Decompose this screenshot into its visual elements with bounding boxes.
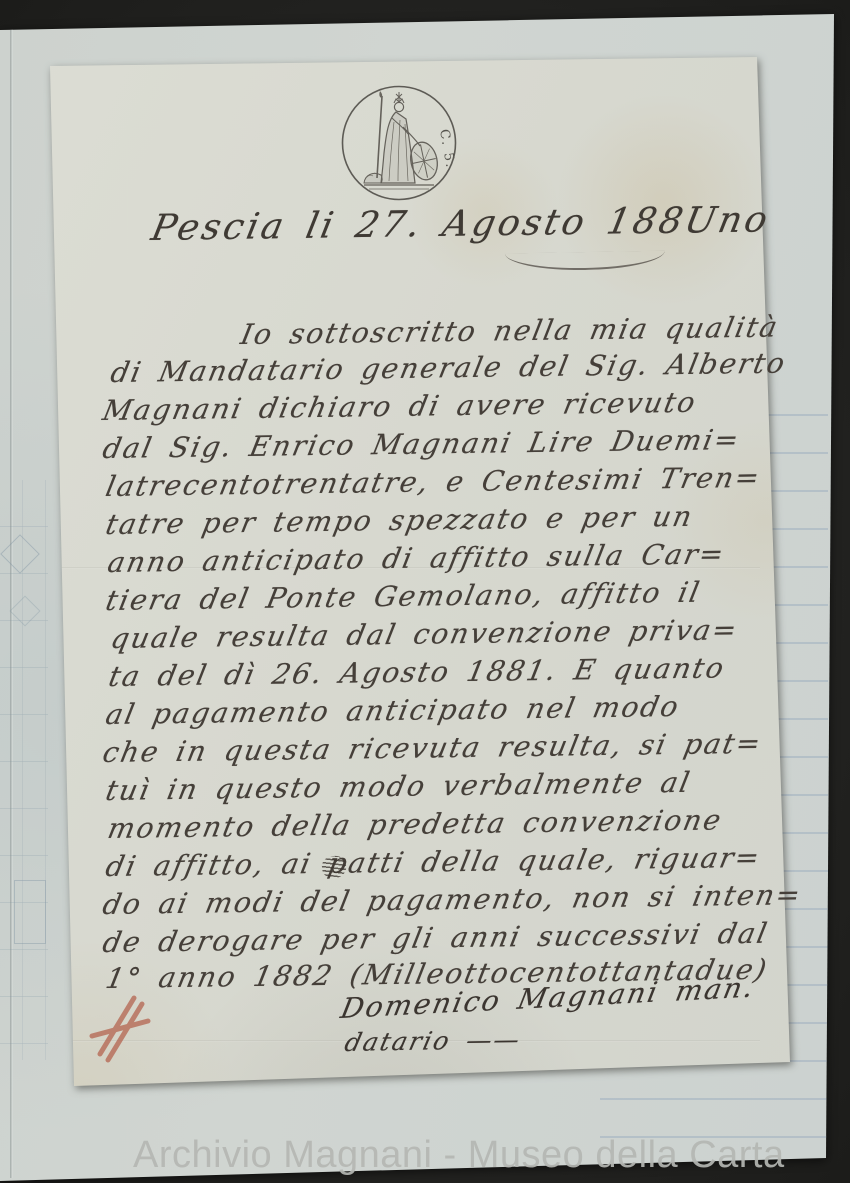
archival-photo: C. 5. Pescia li 27. Agosto 188Uno Io sot… xyxy=(0,0,850,1183)
red-pencil-mark-icon xyxy=(88,990,168,1070)
signature-line: datario —— xyxy=(342,1025,524,1057)
archive-watermark-caption: Archivio Magnani - Museo della Carta xyxy=(133,1134,785,1177)
stamped-paper-seal-icon: C. 5. xyxy=(336,82,464,210)
manuscript-dateline: Pescia li 27. Agosto 188Uno xyxy=(148,199,774,249)
